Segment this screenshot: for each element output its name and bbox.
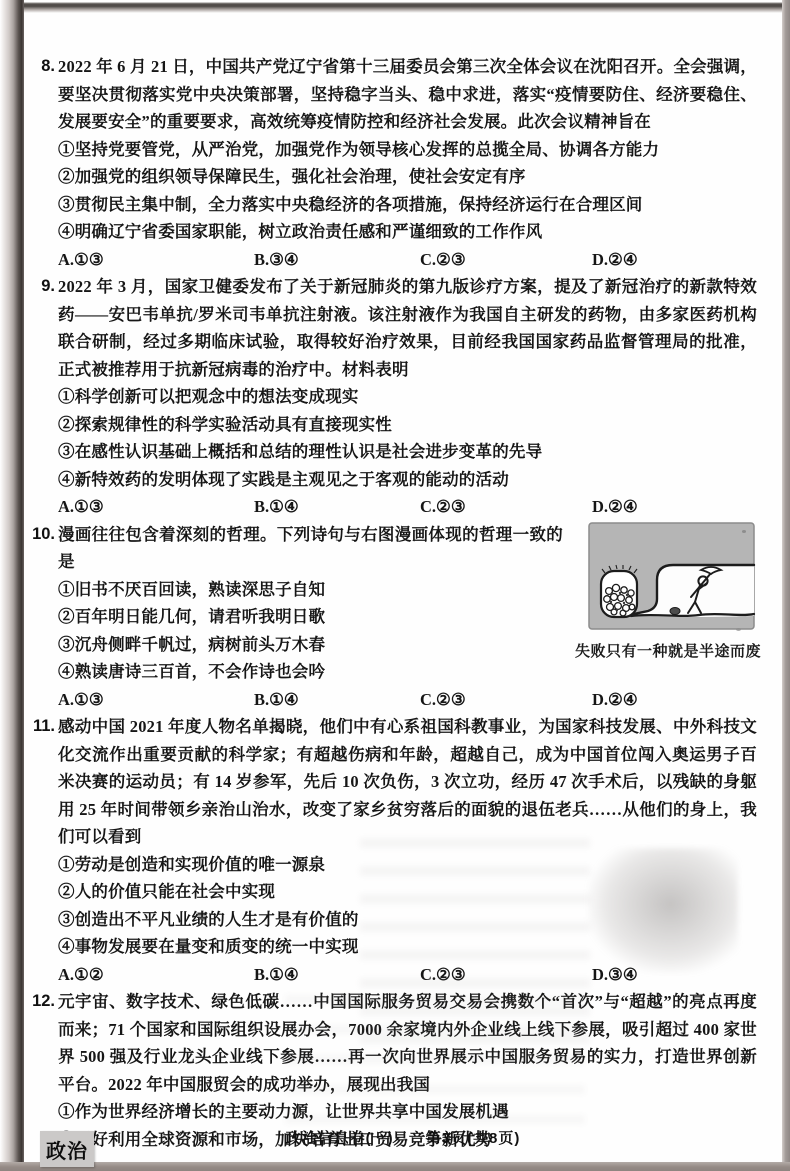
option-b: B.①④	[254, 961, 420, 989]
option-c: C.②③	[420, 246, 592, 274]
footer-text: 政治信息卷(一) 第3页(共8页)	[286, 1130, 521, 1147]
question-sheet: 8. 2022 年 6 月 21 日，中国共产党辽宁省第十三届委员会第三次全体会…	[24, 13, 782, 1153]
question-9-item-4: ④新特效药的发明体现了实践是主观见之于客观的能动的活动	[58, 466, 757, 494]
question-11-item-4: ④事物发展要在量变和质变的统一中实现	[58, 933, 757, 961]
question-10-number: 10.	[30, 521, 58, 549]
option-d: D.②④	[592, 246, 757, 274]
question-11: 11. 感动中国 2021 年度人物名单揭晓，他们中有心系祖国科教事业，为国家科…	[30, 713, 757, 988]
page-edge-bottom	[0, 1162, 790, 1171]
question-9-item-2: ②探索规律性的科学实验活动具有直接现实性	[58, 411, 757, 439]
question-9-options: A.①③ B.①④ C.②③ D.②④	[58, 493, 757, 521]
option-c: C.②③	[420, 686, 592, 714]
cartoon-image	[587, 521, 757, 634]
cartoon-figure: 失败只有一种就是半途而废	[575, 521, 757, 661]
paper: 8. 2022 年 6 月 21 日，中国共产党辽宁省第十三届委员会第三次全体会…	[24, 13, 782, 1162]
scan-speck	[742, 530, 746, 533]
page-edge-right	[782, 0, 790, 1171]
option-b: B.①④	[254, 493, 420, 521]
option-a: A.①②	[58, 961, 254, 989]
option-a: A.①③	[58, 246, 254, 274]
option-c: C.②③	[420, 493, 592, 521]
question-11-options: A.①② B.①④ C.②③ D.③④	[58, 961, 757, 989]
question-10: 10.	[30, 521, 757, 714]
question-10-options: A.①③ B.①④ C.②③ D.②④	[58, 686, 757, 714]
question-12-stem: 元宇宙、数字技术、绿色低碳……中国国际服务贸易交易会携数个“首次”与“超越”的亮…	[58, 988, 757, 1098]
question-11-stem: 感动中国 2021 年度人物名单揭晓，他们中有心系祖国科教事业，为国家科技发展、…	[58, 713, 757, 851]
option-d: D.③④	[592, 961, 757, 989]
question-8-item-4: ④明确辽宁省委国家职能，树立政治责任感和严谨细致的工作作风	[58, 218, 757, 246]
question-8-stem: 2022 年 6 月 21 日，中国共产党辽宁省第十三届委员会第三次全体会议在沈…	[58, 53, 757, 136]
question-11-item-2: ②人的价值只能在社会中实现	[58, 878, 757, 906]
question-8-item-1: ①坚持党要管党，从严治党，加强党作为领导核心发挥的总揽全局、协调各方能力	[58, 136, 757, 164]
subject-tab: 政治	[40, 1131, 94, 1167]
question-8-number: 8.	[30, 53, 58, 81]
question-11-item-1: ①劳动是创造和实现价值的唯一源泉	[58, 851, 757, 879]
question-8-item-3: ③贯彻民主集中制，全力落实中央稳经济的各项措施，保持经济运行在合理区间	[58, 191, 757, 219]
question-9-stem: 2022 年 3 月，国家卫健委发布了关于新冠肺炎的第九版诊疗方案，提及了新冠治…	[58, 273, 757, 383]
question-10-item-4: ④熟读唐诗三百首，不会作诗也会吟	[58, 658, 757, 686]
question-12-item-1: ①作为世界经济增长的主要动力源，让世界共享中国发展机遇	[58, 1098, 757, 1126]
option-a: A.①③	[58, 493, 254, 521]
question-11-number: 11.	[30, 713, 58, 741]
page-edge-top	[0, 0, 790, 13]
subject-tab-label: 政治	[46, 1135, 88, 1164]
question-9-number: 9.	[30, 273, 58, 301]
question-9-item-1: ①科学创新可以把观念中的想法变成现实	[58, 383, 757, 411]
cartoon-caption: 失败只有一种就是半途而废	[575, 640, 757, 661]
option-d: D.②④	[592, 493, 757, 521]
question-9-item-3: ③在感性认识基础上概括和总结的理性认识是社会进步变革的先导	[58, 438, 757, 466]
option-b: B.③④	[254, 246, 420, 274]
option-c: C.②③	[420, 961, 592, 989]
question-8-options: A.①③ B.③④ C.②③ D.②④	[58, 246, 757, 274]
question-8: 8. 2022 年 6 月 21 日，中国共产党辽宁省第十三届委员会第三次全体会…	[30, 53, 757, 273]
question-8-item-2: ②加强党的组织领导保障民生，强化社会治理，使社会安定有序	[58, 163, 757, 191]
page-edge-left	[0, 0, 24, 1171]
question-12-number: 12.	[30, 988, 58, 1016]
page-footer: 政治信息卷(一) 第3页(共8页)	[24, 1127, 782, 1148]
option-b: B.①④	[254, 686, 420, 714]
question-11-item-3: ③创造出不平凡业绩的人生才是有价值的	[58, 906, 757, 934]
option-d: D.②④	[592, 686, 757, 714]
option-a: A.①③	[58, 686, 254, 714]
scan-speck	[736, 628, 741, 631]
question-9: 9. 2022 年 3 月，国家卫健委发布了关于新冠肺炎的第九版诊疗方案，提及了…	[30, 273, 757, 521]
